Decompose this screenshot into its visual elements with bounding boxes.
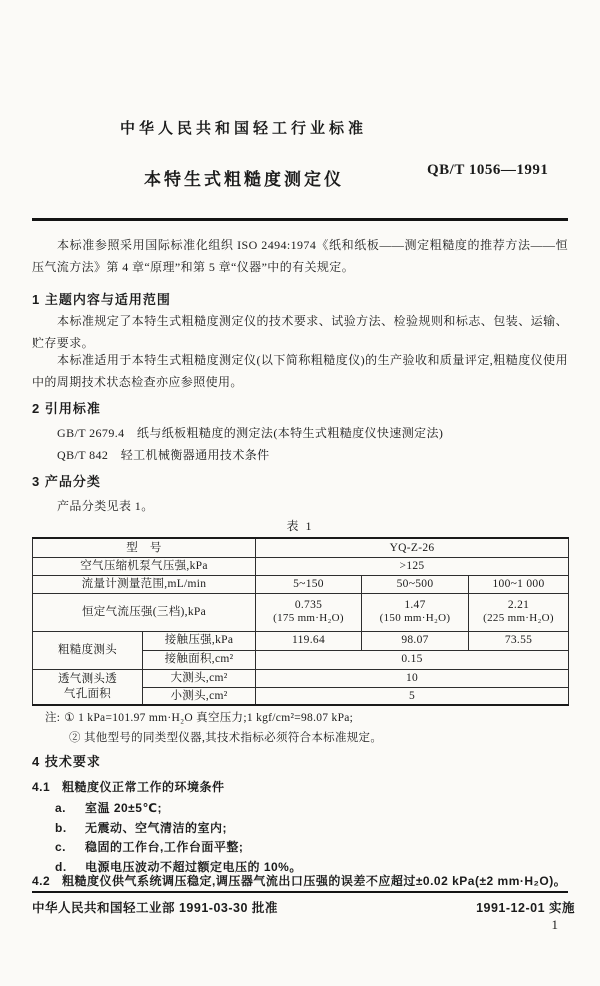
standard-number: QB/T 1056—1991: [427, 162, 548, 179]
clause-4-2-number: 4.2: [32, 874, 58, 888]
table-cell-small-probe-label: 小测头,cm²: [143, 687, 256, 705]
item-c-text: 稳固的工作台,工作台面平整;: [85, 840, 243, 854]
section-4-heading: 4 技术要求: [32, 751, 101, 770]
header-rule: [32, 218, 568, 221]
page-number: 1: [552, 917, 559, 933]
table-cell-pressure-label: 恒定气流压强(三档),kPa: [33, 593, 256, 631]
section-1-paragraph-2: 本标准适用于本特生式粗糙度测定仪(以下简称粗糙度仪)的生产验收和质量评定,粗糙度…: [32, 350, 568, 393]
clause-4-2-text: 粗糙度仪供气系统调压稳定,调压器气流出口压强的误差不应超过±0.02 kPa(±…: [62, 874, 566, 888]
table-cell-pump-label: 空气压缩机泵气压强,kPa: [33, 557, 256, 575]
clause-4-1-text: 粗糙度仪正常工作的环境条件: [62, 780, 225, 794]
clause-4-1-number: 4.1: [32, 780, 58, 794]
table-cell-flow-1: 5~150: [256, 575, 362, 593]
intro-paragraph: 本标准参照采用国际标准化组织 ISO 2494:1974《纸和纸板——测定粗糙度…: [32, 235, 568, 278]
reference-1: GB/T 2679.4 纸与纸板粗糙度的测定法(本特生式粗糙度仪快速测定法): [32, 424, 568, 441]
table-cell-pressure-3: 2.21 (225 mm·H₂O): [469, 593, 569, 631]
pressure-value: 2.21: [471, 598, 566, 612]
table-cell-flow-3: 100~1 000: [469, 575, 569, 593]
note-1-text: ① 1 kPa=101.97 mm·H₂O 真空压力;1 kgf/cm²=98.…: [64, 712, 353, 724]
table-cell-contact-area-value: 0.15: [256, 650, 569, 669]
pressure-value: 1.47: [364, 598, 466, 612]
section-3-paragraph: 产品分类见表 1。: [32, 497, 568, 514]
table-row: 透气测头透 气孔面积 大测头,cm² 10: [33, 669, 569, 687]
table-cell-contact-pressure-label: 接触压强,kPa: [143, 631, 256, 650]
table-row: 型 号 YQ-Z-26: [33, 538, 569, 557]
table-cell-flow-label: 流量计测量范围,mL/min: [33, 575, 256, 593]
clause-4-1: 4.1粗糙度仪正常工作的环境条件: [32, 778, 568, 795]
table-row: 流量计测量范围,mL/min 5~150 50~500 100~1 000: [33, 575, 569, 593]
page-title: 本特生式粗糙度测定仪: [144, 165, 344, 190]
table-cell-pressure-1: 0.735 (175 mm·H₂O): [256, 593, 362, 631]
document-page: 中华人民共和国轻工行业标准 QB/T 1056—1991 本特生式粗糙度测定仪 …: [0, 0, 600, 986]
table-cell-contact-pressure-2: 98.07: [362, 631, 469, 650]
table-note-2: ② 其他型号的同类型仪器,其技术指标必须符合本标准规定。: [32, 729, 568, 745]
section-2-heading: 2 引用标准: [32, 398, 101, 417]
footer-rule: [32, 891, 568, 893]
table-caption: 表 1: [32, 517, 568, 534]
product-classification-table: 型 号 YQ-Z-26 空气压缩机泵气压强,kPa >125 流量计测量范围,m…: [32, 537, 569, 706]
pressure-mmh2o: (150 mm·H₂O): [364, 612, 466, 626]
table-cell-pump-value: >125: [256, 557, 569, 575]
item-b-label: b.: [55, 821, 85, 835]
table-row: 空气压缩机泵气压强,kPa >125: [33, 557, 569, 575]
table-cell-contact-pressure-1: 119.64: [256, 631, 362, 650]
clause-4-2: 4.2粗糙度仪供气系统调压稳定,调压器气流出口压强的误差不应超过±0.02 kP…: [32, 872, 568, 889]
pressure-mmh2o: (175 mm·H₂O): [258, 612, 359, 626]
table-row: 恒定气流压强(三档),kPa 0.735 (175 mm·H₂O) 1.47 (…: [33, 593, 569, 631]
list-item-c: c.稳固的工作台,工作台面平整;: [32, 838, 568, 858]
table-cell-large-probe-label: 大测头,cm²: [143, 669, 256, 687]
table-cell-model-label: 型 号: [33, 538, 256, 557]
section-1-heading: 1 主题内容与适用范围: [32, 289, 171, 308]
pressure-value: 0.735: [258, 598, 359, 612]
table-cell-vent-group: 透气测头透 气孔面积: [33, 669, 143, 705]
item-b-text: 无震动、空气清洁的室内;: [85, 821, 227, 835]
table-cell-contact-area-label: 接触面积,cm²: [143, 650, 256, 669]
pressure-mmh2o: (225 mm·H₂O): [471, 612, 566, 626]
table-cell-small-probe-value: 5: [256, 687, 569, 705]
table-cell-contact-pressure-3: 73.55: [469, 631, 569, 650]
table-note-1: 注:① 1 kPa=101.97 mm·H₂O 真空压力;1 kgf/cm²=9…: [32, 709, 568, 725]
footer-approval: 中华人民共和国轻工业部 1991-03-30 批准: [32, 898, 278, 916]
table-cell-model-value: YQ-Z-26: [256, 538, 569, 557]
section-3-heading: 3 产品分类: [32, 471, 101, 490]
table-cell-large-probe-value: 10: [256, 669, 569, 687]
note-label: 注:: [45, 712, 60, 724]
list-item-a: a.室温 20±5℃;: [32, 799, 568, 819]
item-a-text: 室温 20±5℃;: [85, 801, 162, 815]
footer-effective-date: 1991-12-01 实施: [476, 898, 575, 916]
table-cell-pressure-2: 1.47 (150 mm·H₂O): [362, 593, 469, 631]
list-item-b: b.无震动、空气清洁的室内;: [32, 819, 568, 839]
item-c-label: c.: [55, 840, 85, 854]
standard-type-label: 中华人民共和国轻工行业标准: [120, 117, 367, 138]
table-cell-probe-group: 粗糙度测头: [33, 631, 143, 669]
environment-condition-list: a.室温 20±5℃; b.无震动、空气清洁的室内; c.稳固的工作台,工作台面…: [32, 799, 568, 877]
reference-2: QB/T 842 轻工机械衡器通用技术条件: [32, 446, 568, 463]
table-row: 粗糙度测头 接触压强,kPa 119.64 98.07 73.55: [33, 631, 569, 650]
item-a-label: a.: [55, 801, 85, 815]
table-cell-flow-2: 50~500: [362, 575, 469, 593]
section-1-paragraph-1: 本标准规定了本特生式粗糙度测定仪的技术要求、试验方法、检验规则和标志、包装、运输…: [32, 311, 568, 354]
